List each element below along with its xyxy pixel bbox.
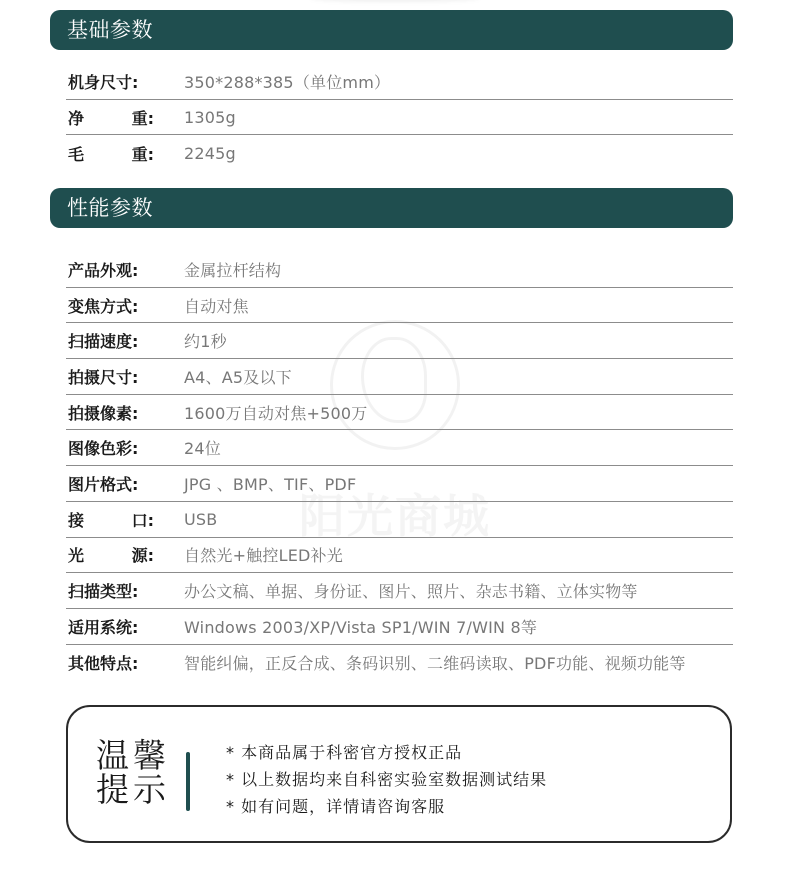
spec-label: 扫描速度:	[66, 329, 184, 352]
tips-title-line: 提示	[96, 773, 170, 807]
spec-label: 图片格式:	[66, 472, 184, 495]
spec-row-capture-size: 拍摄尺寸: A4、A5及以下	[66, 359, 733, 395]
spec-value: Windows 2003/XP/Vista SP1/WIN 7/WIN 8等	[184, 615, 537, 638]
spec-row-systems: 适用系统: Windows 2003/XP/Vista SP1/WIN 7/WI…	[66, 609, 733, 645]
top-shadow-decoration	[310, 0, 480, 2]
spec-label: 适用系统:	[66, 615, 184, 638]
spec-row-scan-types: 扫描类型: 办公文稿、单据、身份证、图片、照片、杂志书籍、立体实物等	[66, 573, 733, 609]
performance-spec-table: 产品外观: 金属拉杆结构 变焦方式: 自动对焦 扫描速度: 约1秒 拍摄尺寸: …	[66, 252, 733, 680]
spec-value: 350*288*385（单位mm）	[184, 70, 390, 93]
spec-row-image-format: 图片格式: JPG 、BMP、TIF、PDF	[66, 466, 733, 502]
spec-label: 拍摄尺寸:	[66, 365, 184, 388]
spec-label: 接 口:	[66, 508, 184, 531]
spec-label: 图像色彩:	[66, 436, 184, 459]
spec-label-part: 光	[68, 543, 84, 566]
spec-value: 1305g	[184, 108, 236, 127]
tips-divider-bar	[186, 752, 190, 811]
tip-item: * 以上数据均来自科密实验室数据测试结果	[226, 766, 547, 793]
basic-spec-table: 机身尺寸: 350*288*385（单位mm） 净 重: 1305g 毛 重: …	[66, 64, 733, 171]
spec-row-light-source: 光 源: 自然光+触控LED补光	[66, 538, 733, 574]
section-header-performance: 性能参数	[50, 188, 733, 228]
section-header-basic: 基础参数	[50, 10, 733, 50]
spec-label: 光 源:	[66, 543, 184, 566]
tips-box: 温馨 提示 * 本商品属于科密官方授权正品 * 以上数据均来自科密实验室数据测试…	[66, 705, 732, 843]
spec-row-scan-speed: 扫描速度: 约1秒	[66, 323, 733, 359]
spec-row-interface: 接 口: USB	[66, 502, 733, 538]
spec-row-resolution: 拍摄像素: 1600万自动对焦+500万	[66, 395, 733, 431]
spec-row-body-size: 机身尺寸: 350*288*385（单位mm）	[66, 64, 733, 100]
spec-value: 约1秒	[184, 329, 227, 352]
spec-label: 扫描类型:	[66, 579, 184, 602]
spec-label: 其他特点:	[66, 651, 184, 674]
spec-value: 自动对焦	[184, 294, 249, 317]
tip-item: * 本商品属于科密官方授权正品	[226, 739, 547, 766]
spec-label: 变焦方式:	[66, 294, 184, 317]
spec-row-net-weight: 净 重: 1305g	[66, 100, 733, 136]
spec-label: 净 重:	[66, 106, 184, 129]
spec-value: 1600万自动对焦+500万	[184, 401, 367, 424]
spec-label: 机身尺寸:	[66, 70, 184, 93]
spec-row-focus-mode: 变焦方式: 自动对焦	[66, 288, 733, 324]
spec-value: JPG 、BMP、TIF、PDF	[184, 472, 356, 495]
spec-label-part: 接	[68, 508, 84, 531]
tip-item: * 如有问题，详情请咨询客服	[226, 793, 547, 820]
spec-label-part: 毛	[68, 142, 84, 165]
spec-value: 24位	[184, 436, 221, 459]
spec-value: 办公文稿、单据、身份证、图片、照片、杂志书籍、立体实物等	[184, 579, 638, 602]
spec-label: 拍摄像素:	[66, 401, 184, 424]
spec-label-part: 口:	[132, 508, 154, 531]
spec-label-part: 源:	[132, 543, 154, 566]
spec-label: 产品外观:	[66, 258, 184, 281]
tips-title-line: 温馨	[96, 739, 170, 773]
spec-label-part: 净	[68, 106, 84, 129]
spec-label: 毛 重:	[66, 142, 184, 165]
spec-value: 智能纠偏，正反合成、条码识别、二维码读取、PDF功能、视频功能等	[184, 651, 686, 674]
spec-value: 金属拉杆结构	[184, 258, 281, 281]
spec-value: 2245g	[184, 144, 236, 163]
spec-row-appearance: 产品外观: 金属拉杆结构	[66, 252, 733, 288]
tips-list: * 本商品属于科密官方授权正品 * 以上数据均来自科密实验室数据测试结果 * 如…	[226, 739, 547, 820]
spec-sheet: 基础参数 机身尺寸: 350*288*385（单位mm） 净 重: 1305g …	[0, 0, 790, 877]
spec-value: A4、A5及以下	[184, 365, 292, 388]
spec-value: USB	[184, 510, 217, 529]
tips-title: 温馨 提示	[96, 739, 170, 807]
spec-row-gross-weight: 毛 重: 2245g	[66, 135, 733, 171]
spec-label-part: 重:	[132, 142, 154, 165]
spec-label-part: 重:	[132, 106, 154, 129]
spec-row-color-depth: 图像色彩: 24位	[66, 430, 733, 466]
spec-row-other-features: 其他特点: 智能纠偏，正反合成、条码识别、二维码读取、PDF功能、视频功能等	[66, 645, 733, 681]
spec-value: 自然光+触控LED补光	[184, 543, 343, 566]
